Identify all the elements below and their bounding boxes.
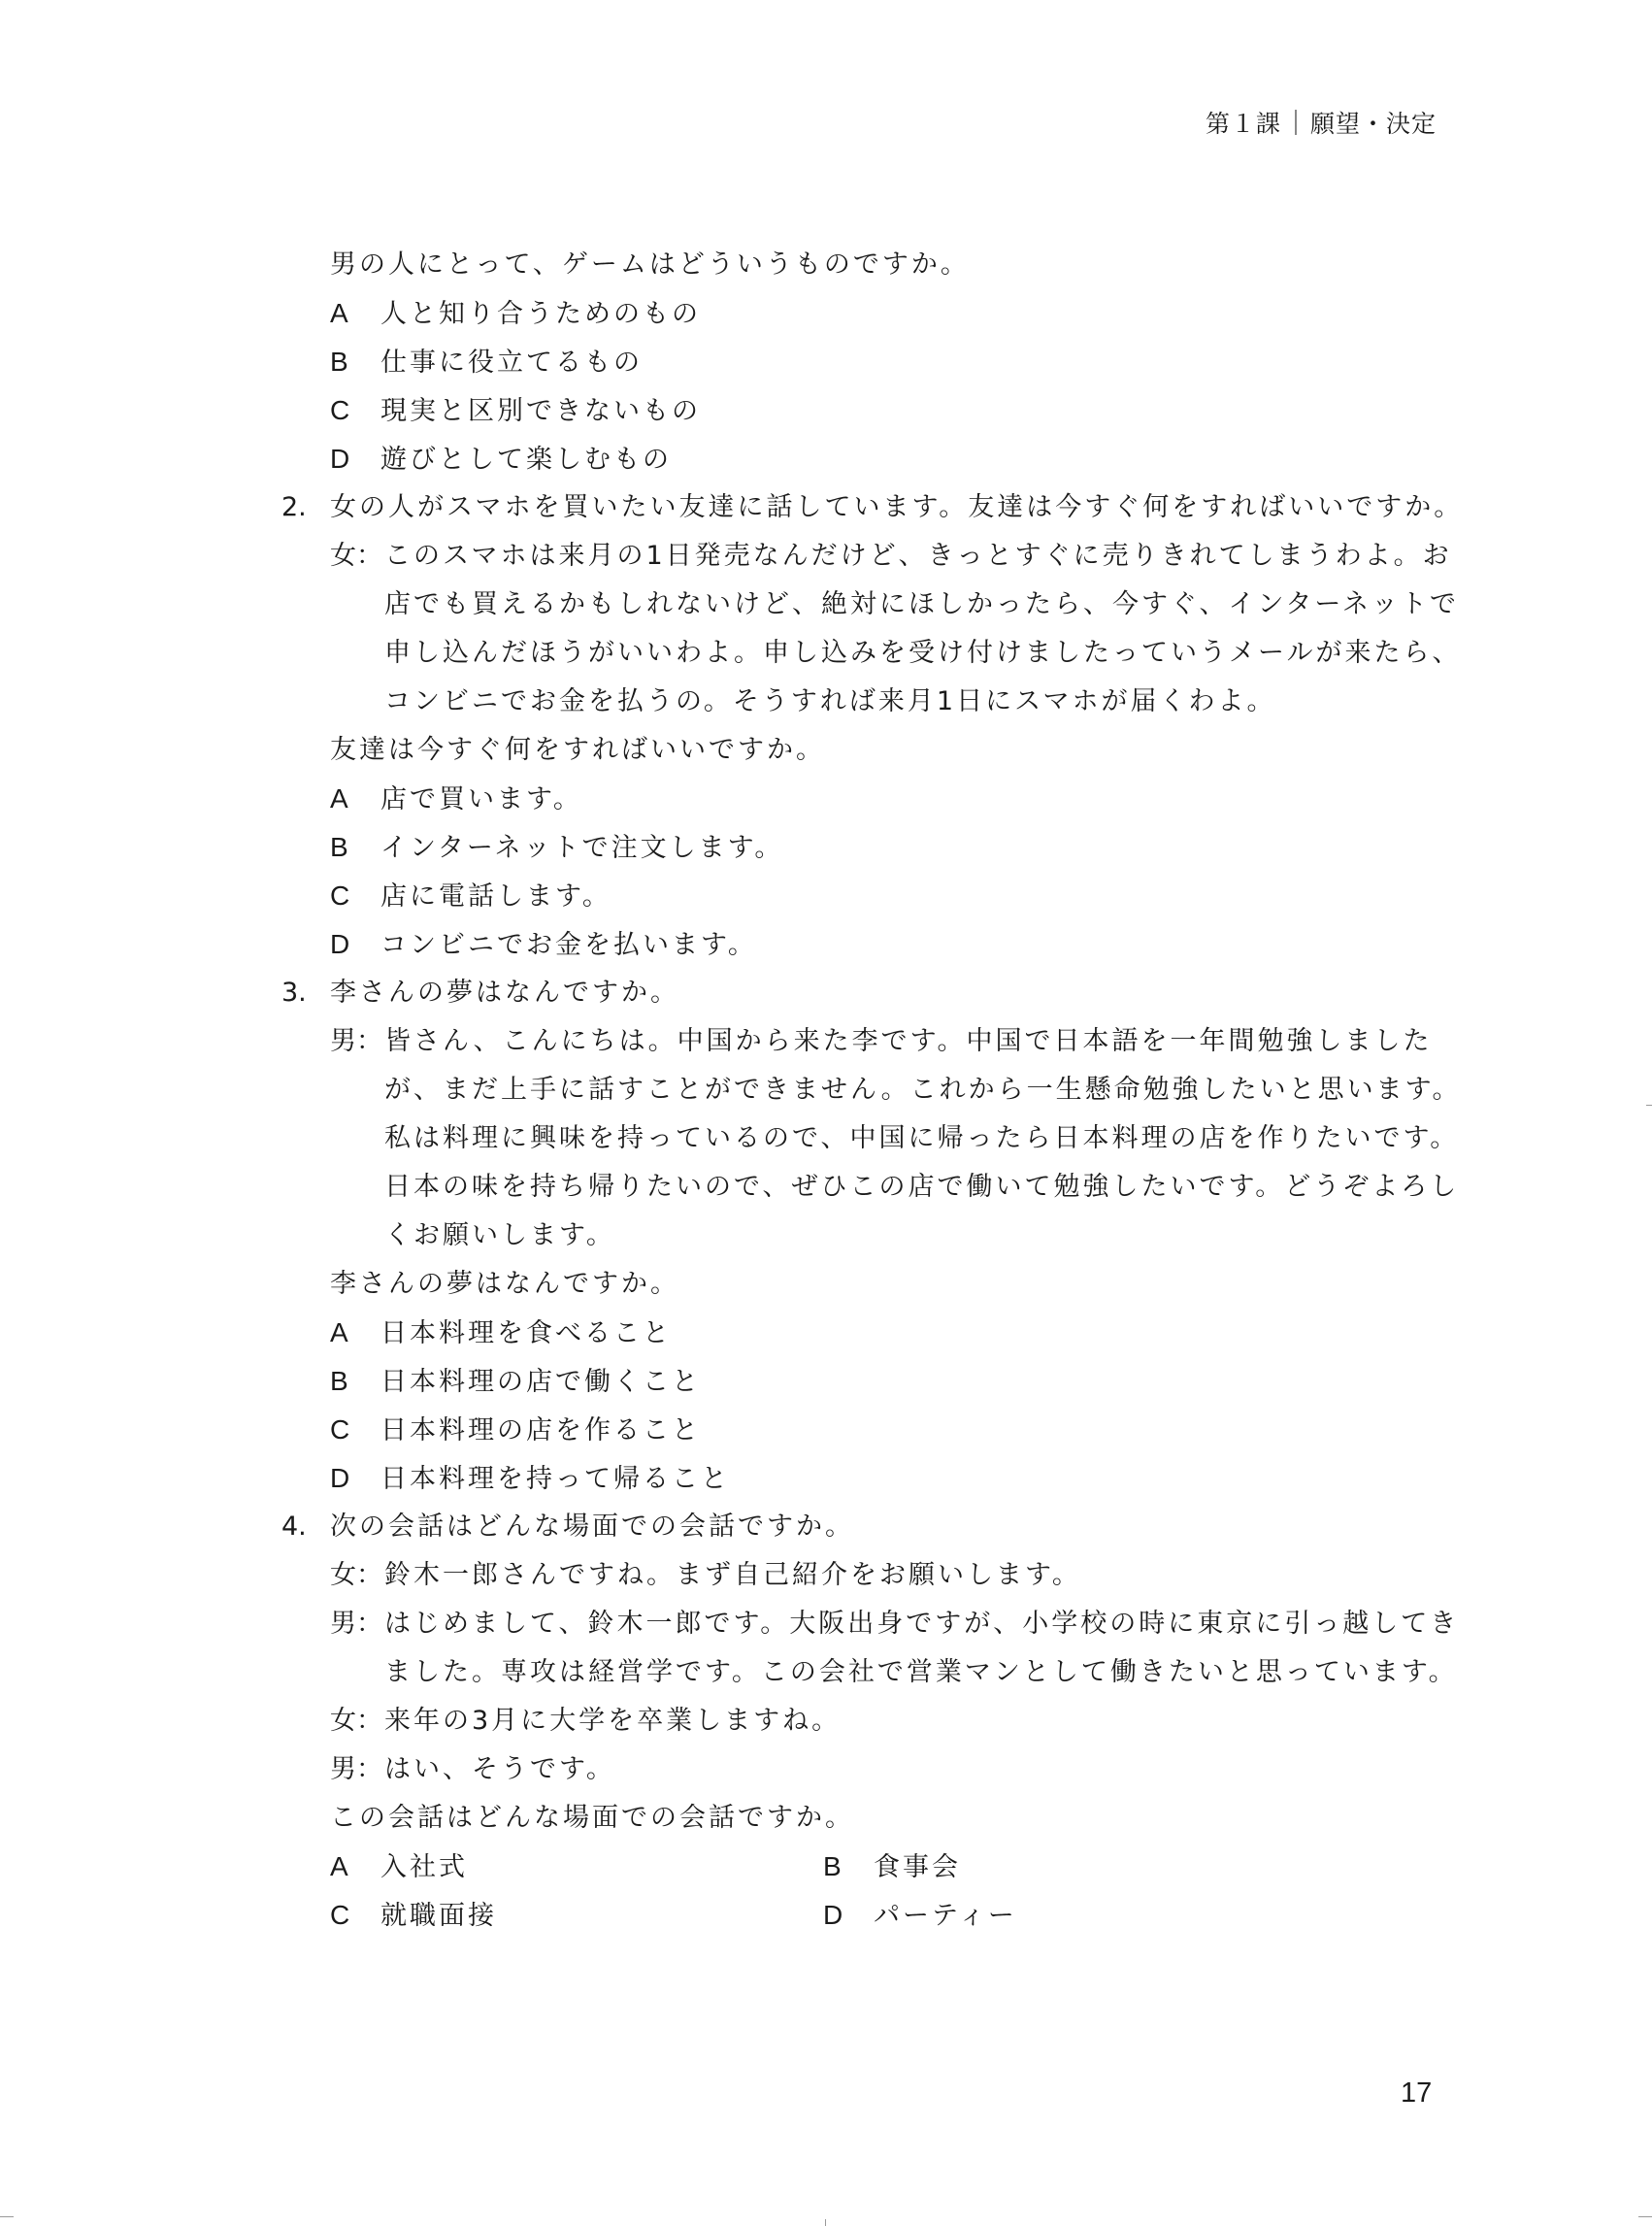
dialogue-text: はい、そうです。 — [384, 1754, 615, 1784]
prompt-text: 李さんの夢はなんですか。 — [330, 978, 679, 1008]
question-3: 3.李さんの夢はなんですか。 男：皆さん、こんにちは。中国から来た李です。中国で… — [281, 969, 1437, 1503]
page-number: 17 — [1401, 2077, 1432, 2110]
dialogue-continuation: くお願いします。 — [281, 1212, 1437, 1260]
dialogue-continuation: 日本の味を持ち帰りたいので、ぜひこの店で働いて勉強したいです。どうぞよろし — [281, 1163, 1437, 1212]
running-header: 第１課 願望・決定 — [1206, 105, 1437, 140]
option-letter: D — [330, 920, 380, 969]
option-letter: D — [330, 1454, 380, 1503]
speaker-label: 女： — [330, 1551, 384, 1600]
option-letter: A — [330, 775, 380, 823]
option-b: Bインターネットで注文します。 — [281, 823, 1437, 872]
option-letter: A — [330, 289, 380, 338]
option-letter: C — [330, 1406, 380, 1454]
option-a: A人と知り合うためのもの — [281, 289, 1437, 338]
option-text: インターネットで注文します。 — [380, 833, 783, 863]
crop-mark — [1646, 1105, 1652, 1106]
textbook-page: 第１課 願望・決定 男の人にとって、ゲームはどういうものですか。 A人と知り合う… — [0, 0, 1652, 2226]
option-a: A入社式 — [330, 1843, 823, 1891]
option-letter: B — [330, 338, 380, 386]
dialogue-continuation: 私は料理に興味を持っているので、中国に帰ったら日本料理の店を作りたいです。 — [281, 1114, 1437, 1163]
exercise-content: 男の人にとって、ゲームはどういうものですか。 A人と知り合うためのもの B仕事に… — [281, 241, 1437, 1940]
dialogue-text: 鈴木一郎さんですね。まず自己紹介をお願いします。 — [384, 1560, 1081, 1590]
option-text: コンビニでお金を払います。 — [380, 930, 757, 960]
option-text: 就職面接 — [380, 1901, 497, 1931]
question-2: 2.女の人がスマホを買いたい友達に話しています。友達は今すぐ何をすればいいですか… — [281, 483, 1437, 969]
option-b: B日本料理の店で働くこと — [281, 1357, 1437, 1406]
option-letter: C — [330, 872, 380, 920]
dialogue-line: 男：はい、そうです。 — [281, 1745, 1437, 1794]
question-prompt: 3.李さんの夢はなんですか。 — [281, 969, 1437, 1017]
lesson-label: 第１課 — [1206, 105, 1281, 140]
dialogue-text: はじめまして、鈴木一郎です。大阪出身ですが、小学校の時に東京に引っ越してき — [384, 1609, 1459, 1639]
option-text: 人と知り合うためのもの — [380, 299, 701, 329]
speaker-label: 女： — [330, 532, 384, 581]
option-letter: A — [330, 1309, 380, 1357]
option-c: C日本料理の店を作ること — [281, 1406, 1437, 1454]
option-text: 店で買います。 — [380, 784, 582, 814]
crop-mark — [1638, 2216, 1652, 2217]
question-text: 李さんの夢はなんですか。 — [281, 1260, 1437, 1309]
option-text: 現実と区別できないもの — [380, 396, 701, 426]
speaker-label: 男： — [330, 1745, 384, 1794]
dialogue-line: 男：はじめまして、鈴木一郎です。大阪出身ですが、小学校の時に東京に引っ越してき — [281, 1600, 1437, 1648]
option-b: B仕事に役立てるもの — [281, 338, 1437, 386]
option-text: 入社式 — [380, 1852, 468, 1882]
option-c: C店に電話します。 — [281, 872, 1437, 920]
dialogue-line: 女：来年の3月に大学を卒業しますね。 — [281, 1697, 1437, 1745]
option-text: 日本料理を食べること — [380, 1318, 672, 1348]
option-letter: B — [823, 1843, 874, 1891]
speaker-label: 男： — [330, 1600, 384, 1648]
dialogue-line: 女：鈴木一郎さんですね。まず自己紹介をお願いします。 — [281, 1551, 1437, 1600]
option-c: C現実と区別できないもの — [281, 386, 1437, 435]
speaker-label: 女： — [330, 1697, 384, 1745]
option-a: A日本料理を食べること — [281, 1309, 1437, 1357]
option-letter: B — [330, 823, 380, 872]
option-a: A店で買います。 — [281, 775, 1437, 823]
question-text: この会話はどんな場面での会話ですか。 — [281, 1794, 1437, 1843]
dialogue-text: 来年の3月に大学を卒業しますね。 — [384, 1706, 841, 1736]
option-text: 日本料理の店を作ること — [380, 1415, 701, 1445]
speaker-label: 男： — [330, 1017, 384, 1066]
dialogue-text: このスマホは来月の1日発売なんだけど、きっとすぐに売りきれてしまうわよ。お — [384, 541, 1452, 571]
option-text: パーティー — [874, 1901, 1017, 1931]
dialogue-continuation: が、まだ上手に話すことができません。これから一生懸命勉強したいと思います。 — [281, 1066, 1437, 1114]
option-row: A入社式 B食事会 — [281, 1843, 1437, 1891]
option-text: 遊びとして楽しむもの — [380, 445, 672, 475]
option-d: D日本料理を持って帰ること — [281, 1454, 1437, 1503]
question-prompt: 2.女の人がスマホを買いたい友達に話しています。友達は今すぐ何をすればいいですか… — [281, 483, 1437, 532]
dialogue-continuation: ました。専攻は経営学です。この会社で営業マンとして働きたいと思っています。 — [281, 1648, 1437, 1697]
option-letter: C — [330, 1891, 380, 1940]
option-c: C就職面接 — [330, 1891, 823, 1940]
question-number: 4. — [281, 1503, 330, 1551]
crop-mark — [0, 2216, 14, 2217]
option-letter: B — [330, 1357, 380, 1406]
option-row: C就職面接 Dパーティー — [281, 1891, 1437, 1940]
dialogue-line: 男：皆さん、こんにちは。中国から来た李です。中国で日本語を一年間勉強しました — [281, 1017, 1437, 1066]
dialogue-continuation: コンビニでお金を払うの。そうすれば来月1日にスマホが届くわよ。 — [281, 678, 1437, 726]
option-d: Dコンビニでお金を払います。 — [281, 920, 1437, 969]
dialogue-line: 女：このスマホは来月の1日発売なんだけど、きっとすぐに売りきれてしまうわよ。お — [281, 532, 1437, 581]
option-text: 日本料理の店で働くこと — [380, 1367, 701, 1397]
lesson-topic: 願望・決定 — [1310, 105, 1437, 140]
prompt-text: 女の人がスマホを買いたい友達に話しています。友達は今すぐ何をすればいいですか。 — [330, 492, 1463, 522]
option-letter: D — [330, 435, 380, 483]
dialogue-continuation: 申し込んだほうがいいわよ。申し込みを受け付けましたっていうメールが来たら、 — [281, 629, 1437, 678]
prompt-text: 次の会話はどんな場面での会話ですか。 — [330, 1512, 854, 1542]
option-text: 日本料理を持って帰ること — [380, 1464, 730, 1494]
option-letter: D — [823, 1891, 874, 1940]
option-text: 食事会 — [874, 1852, 961, 1882]
question-text: 友達は今すぐ何をすればいいですか。 — [281, 726, 1437, 775]
question-4: 4.次の会話はどんな場面での会話ですか。 女：鈴木一郎さんですね。まず自己紹介を… — [281, 1503, 1437, 1940]
option-b: B食事会 — [823, 1843, 1316, 1891]
question-prompt: 4.次の会話はどんな場面での会話ですか。 — [281, 1503, 1437, 1551]
dialogue-text: 皆さん、こんにちは。中国から来た李です。中国で日本語を一年間勉強しました — [384, 1026, 1432, 1056]
option-text: 仕事に役立てるもの — [380, 348, 643, 378]
option-text: 店に電話します。 — [380, 881, 611, 912]
question-text: 男の人にとって、ゲームはどういうものですか。 — [281, 241, 1437, 289]
question-1-continued: 男の人にとって、ゲームはどういうものですか。 A人と知り合うためのもの B仕事に… — [281, 241, 1437, 483]
dialogue-continuation: 店でも買えるかもしれないけど、絶対にほしかったら、今すぐ、インターネットで — [281, 581, 1437, 629]
header-divider — [1295, 110, 1297, 135]
option-d: Dパーティー — [823, 1891, 1316, 1940]
option-letter: A — [330, 1843, 380, 1891]
question-number: 2. — [281, 483, 330, 532]
crop-mark — [825, 2219, 826, 2226]
question-number: 3. — [281, 969, 330, 1017]
option-letter: C — [330, 386, 380, 435]
option-d: D遊びとして楽しむもの — [281, 435, 1437, 483]
